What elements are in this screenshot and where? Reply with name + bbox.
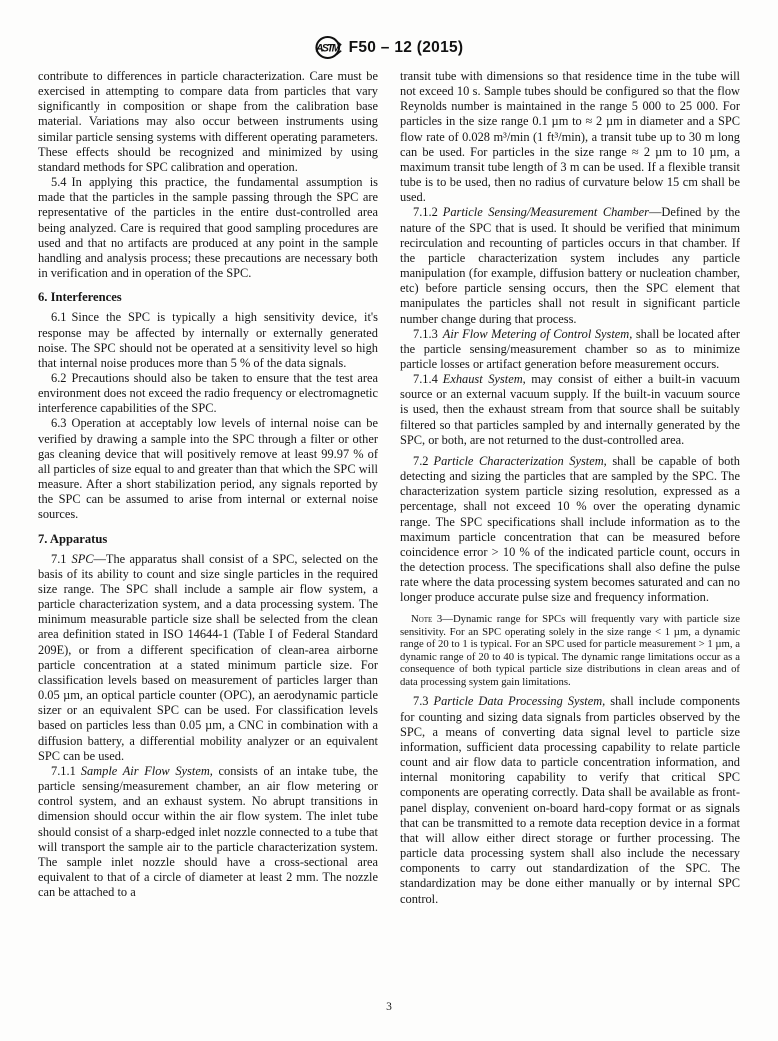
clause-7-1-4: 7.1.4Exhaust System, may consist of eith… bbox=[400, 372, 740, 448]
note-text: —Dynamic range for SPCs will frequently … bbox=[400, 613, 740, 688]
clause-number: 7.2 bbox=[413, 454, 429, 468]
clause-text: In applying this practice, the fundament… bbox=[38, 175, 378, 280]
clause-number: 6.1 bbox=[51, 310, 67, 324]
note-label: Note 3 bbox=[411, 613, 442, 625]
clause-number: 7.1.1 bbox=[51, 764, 76, 778]
document-page: ASTM F50 – 12 (2015) contribute to diffe… bbox=[0, 0, 778, 1041]
section-heading-apparatus: 7. Apparatus bbox=[38, 532, 378, 547]
paragraph-text: transit tube with dimensions so that res… bbox=[400, 69, 740, 204]
clause-number: 7.1.2 bbox=[413, 205, 438, 219]
clause-text: Operation at acceptably low levels of in… bbox=[38, 416, 378, 521]
page-number: 3 bbox=[0, 1001, 778, 1013]
clause-6-1: 6.1Since the SPC is typically a high sen… bbox=[38, 310, 378, 371]
clause-7-1: 7.1SPC—The apparatus shall consist of a … bbox=[38, 552, 378, 764]
clause-7-1-3: 7.1.3Air Flow Metering of Control System… bbox=[400, 327, 740, 372]
column-left: contribute to differences in particle ch… bbox=[38, 69, 378, 907]
clause-text: consists of an intake tube, the particle… bbox=[38, 764, 378, 899]
section-heading-interferences: 6. Interferences bbox=[38, 290, 378, 305]
column-right: transit tube with dimensions so that res… bbox=[400, 69, 740, 907]
clause-term: SPC bbox=[72, 552, 94, 566]
clause-number: 6.2 bbox=[51, 371, 67, 385]
clause-number: 6.3 bbox=[51, 416, 67, 430]
clause-6-3: 6.3Operation at acceptably low levels of… bbox=[38, 416, 378, 522]
clause-number: 7.1.3 bbox=[413, 327, 438, 341]
clause-6-2: 6.2Precautions should also be taken to e… bbox=[38, 371, 378, 416]
paragraph-continuation: contribute to differences in particle ch… bbox=[38, 69, 378, 175]
astm-logo-icon: ASTM bbox=[315, 34, 342, 61]
clause-term: Particle Characterization System, bbox=[434, 454, 607, 468]
clause-number: 5.4 bbox=[51, 175, 67, 189]
clause-number: 7.1.4 bbox=[413, 372, 438, 386]
two-column-body: contribute to differences in particle ch… bbox=[38, 69, 740, 907]
clause-7-1-1: 7.1.1Sample Air Flow System, consists of… bbox=[38, 764, 378, 900]
clause-7-2: 7.2Particle Characterization System, sha… bbox=[400, 454, 740, 606]
clause-term: Particle Sensing/Measurement Chamber bbox=[443, 205, 649, 219]
clause-term: Exhaust System, bbox=[443, 372, 526, 386]
clause-text: shall include components for counting an… bbox=[400, 694, 740, 905]
clause-term: Air Flow Metering of Control System, bbox=[443, 327, 633, 341]
paragraph-continuation: transit tube with dimensions so that res… bbox=[400, 69, 740, 205]
clause-5-4: 5.4In applying this practice, the fundam… bbox=[38, 175, 378, 281]
clause-text: —The apparatus shall consist of a SPC, s… bbox=[38, 552, 378, 763]
clause-text: —Defined by the nature of the SPC that i… bbox=[400, 205, 740, 325]
document-header: ASTM F50 – 12 (2015) bbox=[0, 34, 778, 61]
clause-7-1-2: 7.1.2Particle Sensing/Measurement Chambe… bbox=[400, 205, 740, 326]
clause-text: shall be capable of both detecting and s… bbox=[400, 454, 740, 604]
clause-number: 7.3 bbox=[413, 694, 429, 708]
clause-text: Since the SPC is typically a high sensit… bbox=[38, 310, 378, 369]
clause-term: Sample Air Flow System, bbox=[81, 764, 213, 778]
paragraph-text: contribute to differences in particle ch… bbox=[38, 69, 378, 174]
clause-number: 7.1 bbox=[51, 552, 67, 566]
document-title: F50 – 12 (2015) bbox=[349, 39, 464, 57]
note-3: Note 3—Dynamic range for SPCs will frequ… bbox=[400, 613, 740, 688]
clause-7-3: 7.3Particle Data Processing System, shal… bbox=[400, 694, 740, 906]
clause-text: Precautions should also be taken to ensu… bbox=[38, 371, 378, 415]
clause-term: Particle Data Processing System, bbox=[434, 694, 606, 708]
